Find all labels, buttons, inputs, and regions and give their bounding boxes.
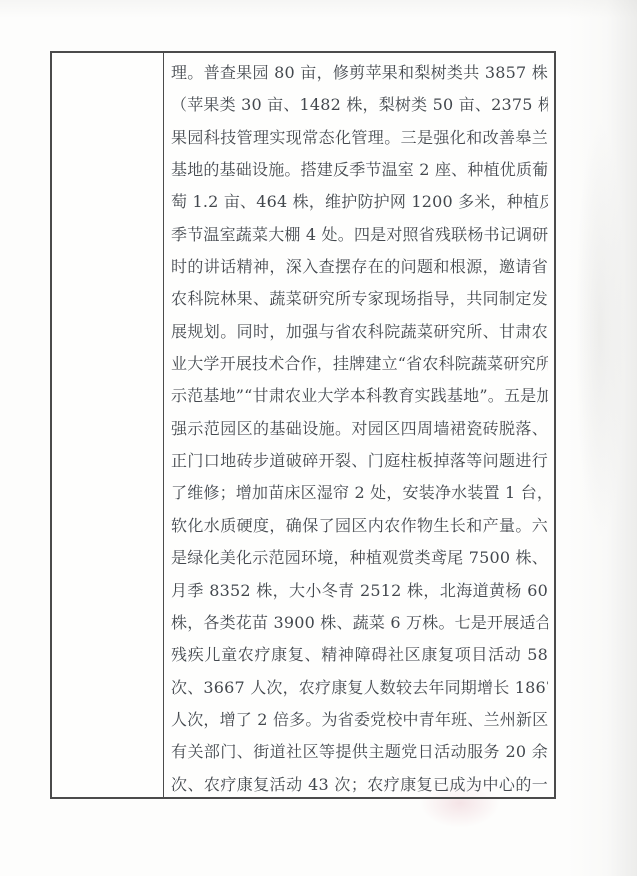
text-line: 业大学开展技术合作，挂牌建立“省农科院蔬菜研究所 <box>171 348 548 380</box>
text-line: 农科院林果、蔬菜研究所专家现场指导，共同制定发 <box>171 283 548 315</box>
text-line: 是绿化美化示范园环境，种植观赏类鸢尾 7500 株、 <box>171 542 548 574</box>
table-left-cell <box>52 53 164 797</box>
text-line: 残疾儿童农疗康复、精神障碍社区康复项目活动 58 <box>171 639 548 671</box>
text-line: 果园科技管理实现常态化管理。三是强化和改善皋兰 <box>171 122 548 154</box>
text-line: 季节温室蔬菜大棚 4 处。四是对照省残联杨书记调研 <box>171 219 548 251</box>
text-line: 正门口地砖步道破碎开裂、门庭柱板掉落等问题进行 <box>171 445 548 477</box>
text-line: 有关部门、街道社区等提供主题党日活动服务 20 余 <box>171 736 548 768</box>
scan-artifact <box>575 120 625 540</box>
text-line: 强示范园区的基础设施。对园区四周墙裙瓷砖脱落、 <box>171 413 548 445</box>
text-line: 理。普查果园 80 亩，修剪苹果和梨树类共 3857 株 <box>171 57 548 89</box>
text-line: 株，各类花苗 3900 株、蔬菜 6 万株。七是开展适合 <box>171 607 548 639</box>
text-line: 基地的基础设施。搭建反季节温室 2 座、种植优质葡 <box>171 154 548 186</box>
content-table: 理。普查果园 80 亩，修剪苹果和梨树类共 3857 株 （苹果类 30 亩、1… <box>50 51 556 799</box>
text-line: 次、3667 人次，农疗康复人数较去年同期增长 1867 <box>171 672 548 704</box>
text-line: 展规划。同时，加强与省农科院蔬菜研究所、甘肃农 <box>171 316 548 348</box>
text-line: 示范基地”“甘肃农业大学本科教育实践基地”。五是加 <box>171 380 548 412</box>
text-line: 萄 1.2 亩、464 株，维护防护网 1200 多米，种植反 <box>171 186 548 218</box>
text-line: 了维修；增加苗床区湿帘 2 处，安装净水装置 1 台， <box>171 477 548 509</box>
text-line: 月季 8352 株，大小冬青 2512 株，北海道黄杨 60 <box>171 575 548 607</box>
text-line: 人次，增了 2 倍多。为省委党校中青年班、兰州新区 <box>171 704 548 736</box>
text-line: 时的讲话精神，深入查摆存在的问题和根源，邀请省 <box>171 251 548 283</box>
text-line: 软化水质硬度，确保了园区内农作物生长和产量。六 <box>171 510 548 542</box>
table-right-cell: 理。普查果园 80 亩，修剪苹果和梨树类共 3857 株 （苹果类 30 亩、1… <box>164 53 554 797</box>
text-line: （苹果类 30 亩、1482 株，梨树类 50 亩、2375 株）， <box>171 89 548 121</box>
text-line: 次、农疗康复活动 43 次；农疗康复已成为中心的一 <box>171 769 548 797</box>
document-page: 理。普查果园 80 亩，修剪苹果和梨树类共 3857 株 （苹果类 30 亩、1… <box>0 0 637 876</box>
